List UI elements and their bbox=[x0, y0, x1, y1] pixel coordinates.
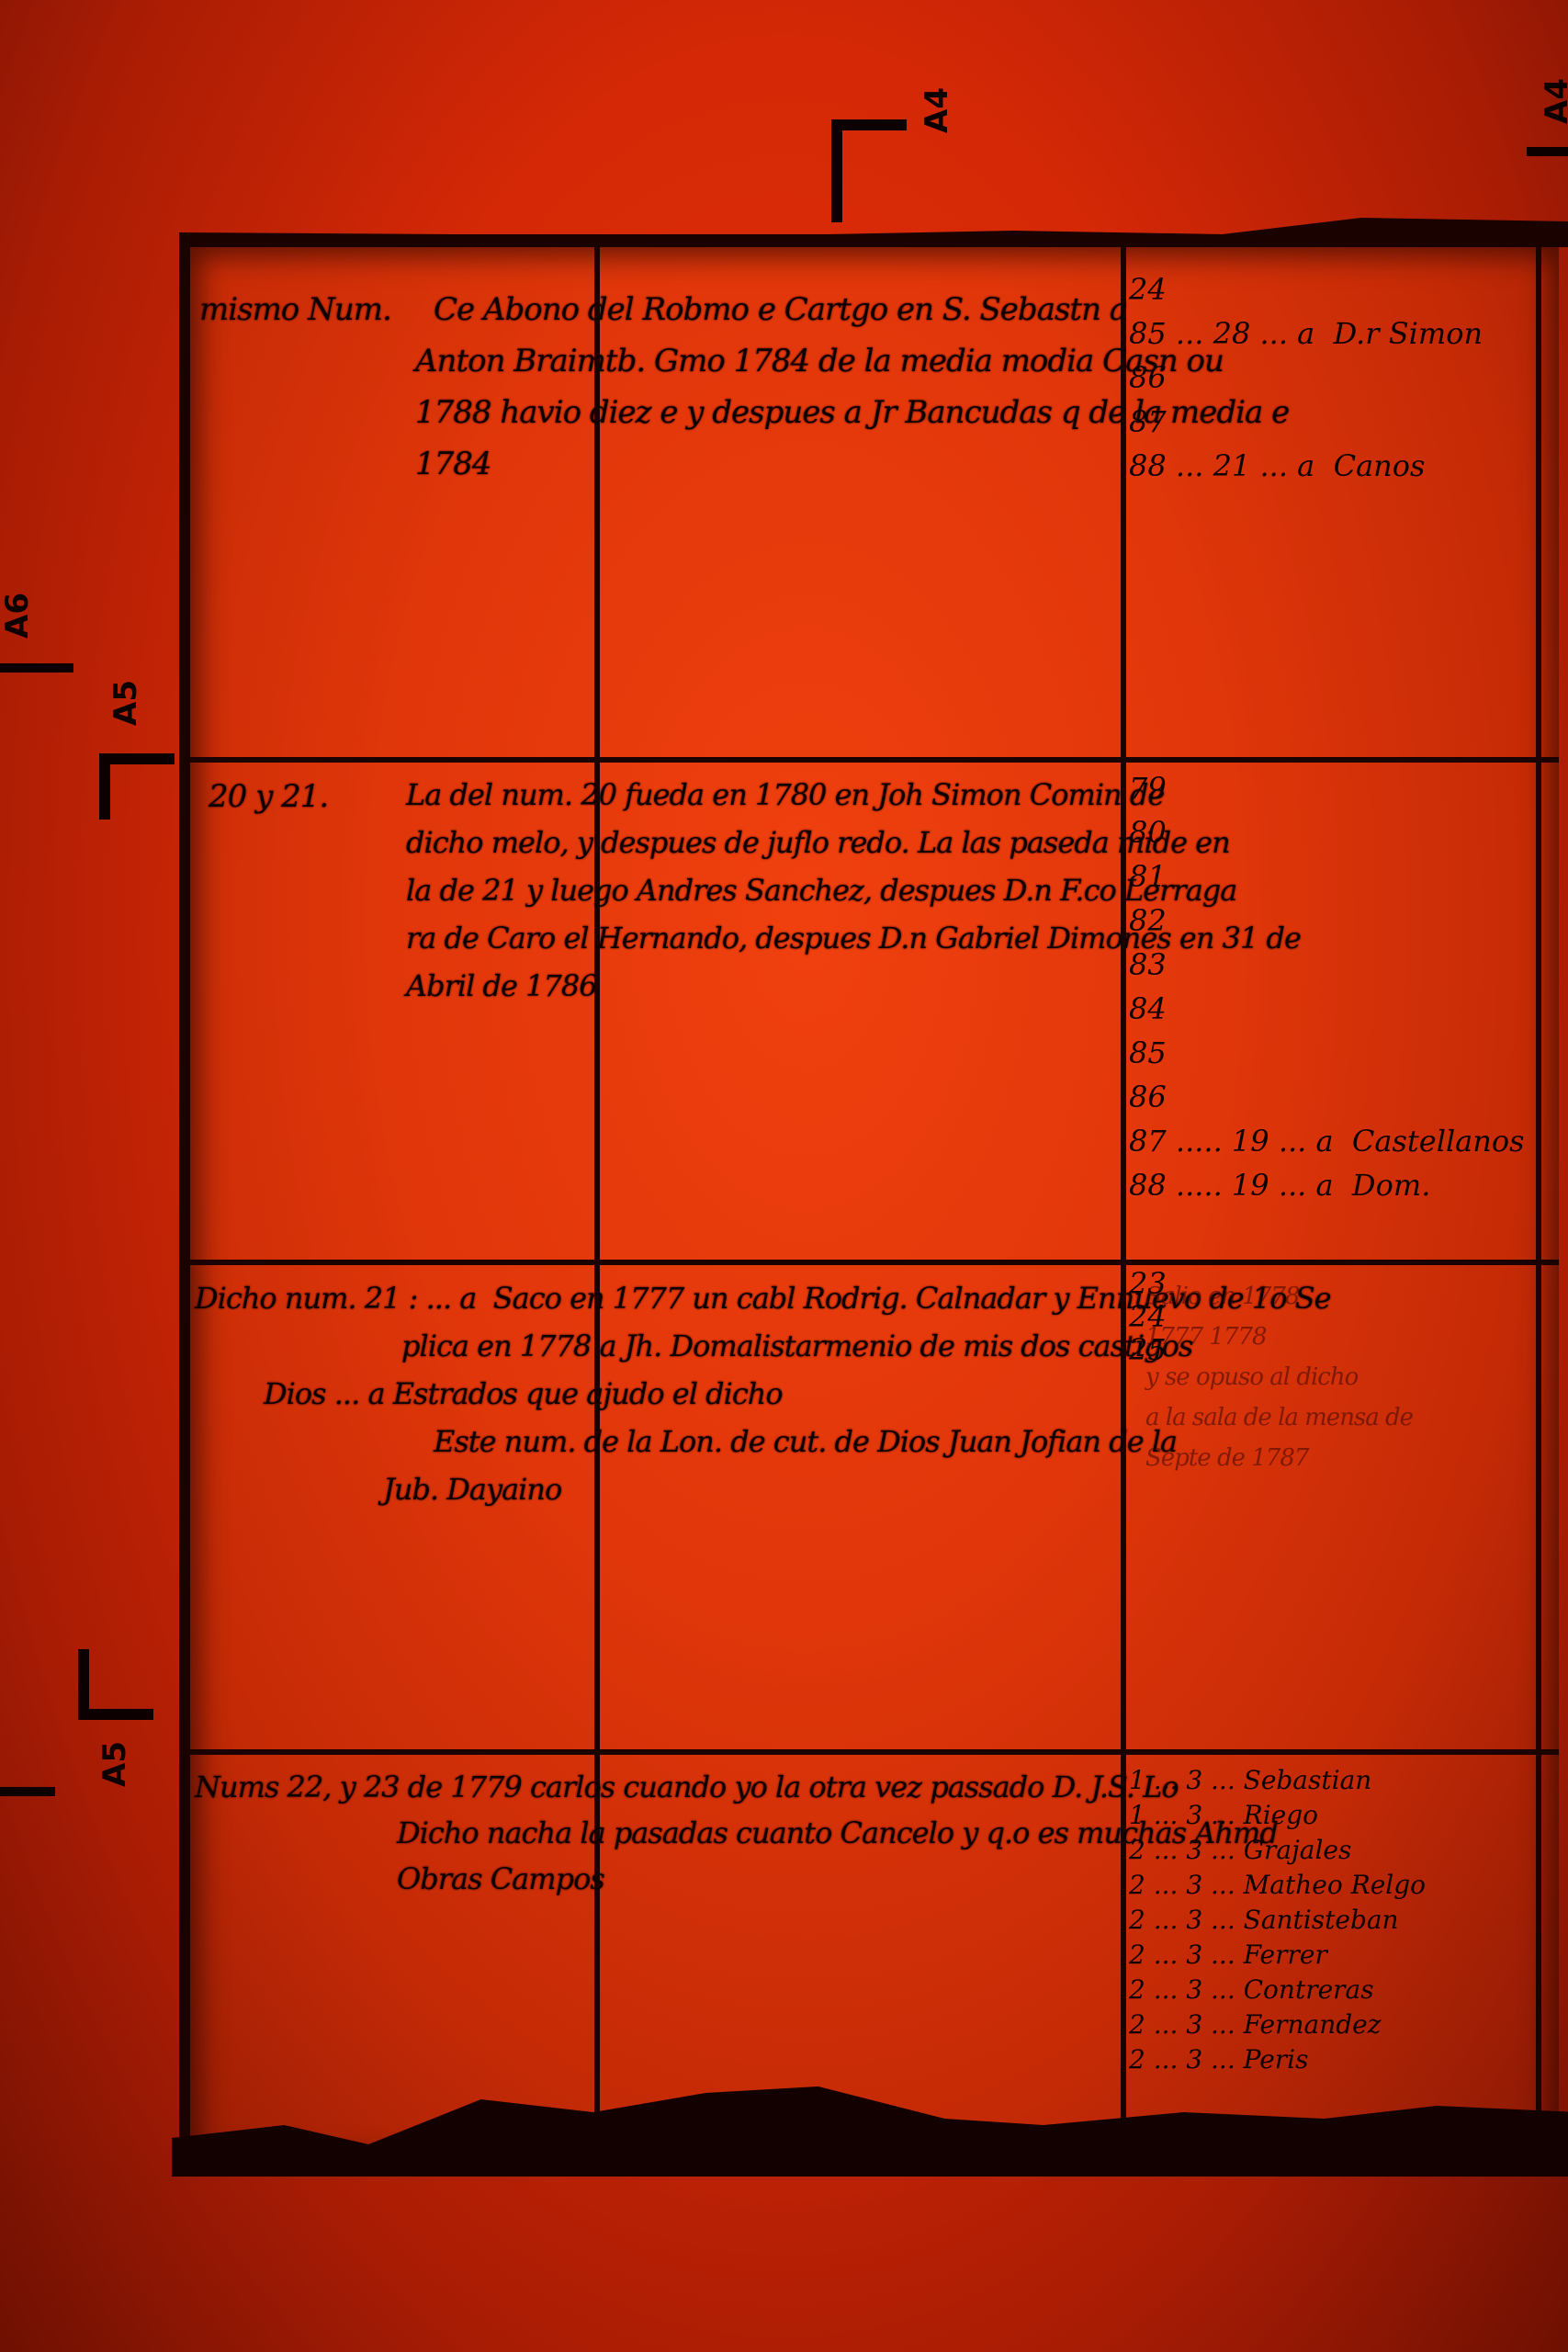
corner-bracket-left-lower bbox=[78, 1649, 153, 1720]
row-divider-1 bbox=[190, 757, 1559, 763]
row-2-line-1: La del num. 20 fueda en 1780 en Joh Simo… bbox=[406, 771, 1164, 819]
corner-bracket-left-upper bbox=[99, 753, 175, 820]
row-4-line-1: Nums 22, y 23 de 1779 carlos cuando yo l… bbox=[195, 1763, 1179, 1811]
tick-left-upper bbox=[0, 663, 73, 673]
row-2-line-2: dicho melo, y despues de juflo redo. La … bbox=[406, 819, 1230, 866]
margin-mark-top-right: A4 bbox=[1539, 78, 1568, 124]
row-3-line-5: Jub. Dayaino bbox=[383, 1465, 561, 1513]
column-divider-2 bbox=[1121, 247, 1126, 2167]
margin-mark-left-upper-alt: A6 bbox=[0, 593, 36, 639]
row-2-numbers: 79 80 81 82 83 84 85 86 87 ..... 19 ... … bbox=[1129, 766, 1525, 1207]
row-3-line-2: plica en 1778 a Jh. Domalistarmenio de m… bbox=[401, 1322, 1192, 1370]
row-divider-3 bbox=[190, 1749, 1559, 1755]
column-divider-3 bbox=[1536, 247, 1541, 2167]
row-1-line-2: Anton Braimtb. Gmo 1784 de la media modi… bbox=[415, 335, 1224, 387]
tick-top-right bbox=[1527, 147, 1568, 156]
row-3-faint-notes: Salio en 1778 1777 1778 y se opuso al di… bbox=[1145, 1276, 1413, 1478]
margin-mark-top: A4 bbox=[919, 87, 955, 133]
row-1-line-4: 1784 bbox=[415, 438, 491, 490]
row-divider-2 bbox=[190, 1260, 1559, 1265]
margin-mark-left-lower: A5 bbox=[96, 1741, 133, 1787]
margin-mark-left-upper: A5 bbox=[107, 680, 144, 726]
row-2-line-3: la de 21 y luego Andres Sanchez, despues… bbox=[406, 866, 1236, 914]
row-2-line-5: Abril de 1786 bbox=[406, 962, 597, 1010]
row-3-line-4: Este num. de la Lon. de cut. de Dios Jua… bbox=[434, 1418, 1177, 1465]
ledger-page: mismo Num. Ce Abono del Robmo e Cartgo e… bbox=[179, 234, 1559, 2167]
row-1-line-1: Ce Abono del Robmo e Cartgo en S. Sebast… bbox=[434, 284, 1127, 335]
row-2-label: 20 y 21. bbox=[209, 771, 328, 822]
row-4-line-3: Obras Campos bbox=[397, 1855, 604, 1903]
row-4-numbers: 1 ... 3 ... Sebastian 1 ... 3 ... Riego … bbox=[1129, 1763, 1426, 2077]
tick-left-lower bbox=[0, 1787, 55, 1796]
corner-bracket-top bbox=[831, 119, 907, 222]
row-1-label: mismo Num. bbox=[199, 284, 391, 335]
row-1-numbers: 24 85 ... 28 ... a D.r Simon 86 87 88 ..… bbox=[1129, 267, 1483, 488]
row-3-line-3: Dios ... a Estrados que ajudo el dicho bbox=[264, 1370, 783, 1418]
